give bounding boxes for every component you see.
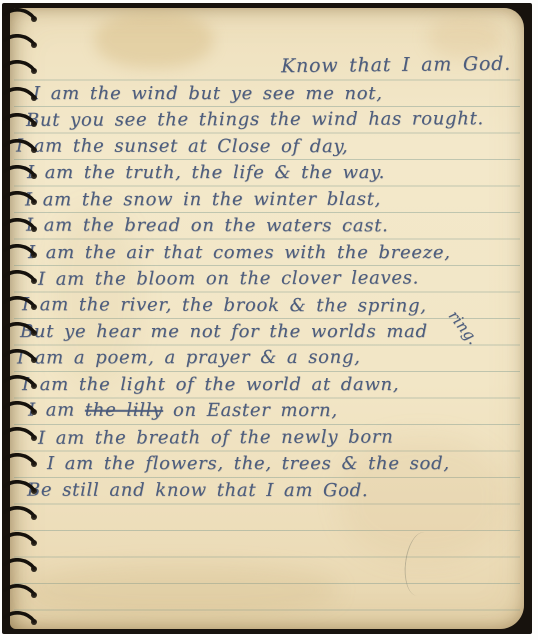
paper-stain	[28, 564, 338, 616]
poem-line: I am the sunset at Close of day,	[10, 133, 524, 160]
poem-title: Know that I am God.	[281, 53, 511, 77]
poem-line: I am the air that comes with the breeze,	[10, 240, 524, 266]
photo-frame: Know that I am God. I am the wind but ye…	[0, 0, 538, 640]
paper-stain	[95, 12, 213, 68]
notebook-page: Know that I am God. I am the wind but ye…	[10, 8, 524, 629]
struck-text: the lilly	[85, 400, 163, 421]
poem-line: I am the bread on the waters cast.	[10, 213, 524, 240]
paper-stain	[428, 16, 502, 58]
poem-line: I am the truth, the life & the way.	[10, 160, 524, 186]
poem-line: I am the breath of the newly born	[10, 424, 524, 452]
scan-background: Know that I am God. I am the wind but ye…	[2, 3, 532, 634]
poem-text: I am	[28, 400, 85, 421]
poem-line: Be still and know that I am God.	[10, 477, 524, 504]
poem-line: I am the wind but ye see me not,	[10, 81, 524, 107]
poem-line: I am the flowers, the, trees & the sod,	[10, 451, 524, 477]
poem-body: I am the wind but ye see me not,But you …	[10, 81, 524, 504]
pencil-mark	[401, 530, 440, 597]
poem-line: I am the snow in the winter blast,	[10, 186, 524, 213]
poem-line: But ye hear me not for the worlds mad	[10, 319, 524, 345]
poem-text: on Easter morn,	[163, 400, 338, 421]
poem-line: But you see the things the wind has roug…	[10, 107, 524, 135]
poem-line: I am the lilly on Easter morn,	[10, 398, 524, 425]
poem-line: I am the light of the world at dawn,	[10, 372, 524, 398]
poem-line: I am a poem, a prayer & a song,	[10, 345, 524, 372]
poem-line: I am the bloom on the clover leaves.	[10, 265, 524, 293]
